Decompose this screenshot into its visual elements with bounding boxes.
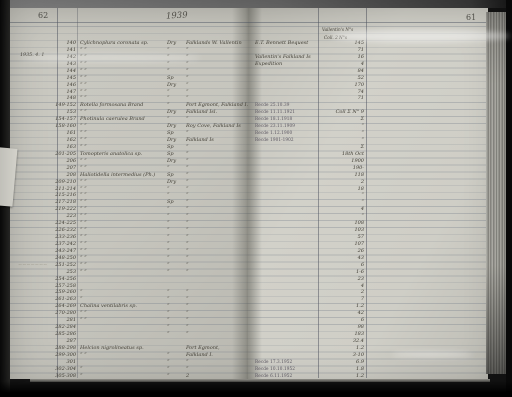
species-name: ” ” (80, 317, 166, 323)
collector-number: 1.2 (322, 373, 364, 379)
locality: ” (186, 234, 250, 240)
specimen-number: 305-308 (46, 373, 76, 379)
preparation: Sp (167, 172, 184, 178)
register-row: 161” ”Sp”Recde 1.12.1900” (0, 130, 512, 137)
acquisition-note: Recde 1901-1902 (255, 137, 317, 143)
collector-number: 1-6 (322, 269, 364, 275)
species-name: ” ” (80, 123, 166, 129)
collector-number: 108 (322, 220, 364, 226)
preparation: ” (167, 186, 184, 192)
collector-number: 74 (322, 89, 364, 95)
species-name: ” ” (80, 47, 166, 53)
specimen-number: 299-300 (46, 352, 76, 358)
collector-number: ” (322, 123, 364, 129)
collector-number: 43 (322, 255, 364, 261)
register-row: 143” ”””Expedition4 (0, 61, 512, 68)
specimen-number: 211-214 (46, 186, 76, 192)
locality: ” (186, 220, 250, 226)
collector-number: ” (322, 213, 364, 219)
specimen-number: 140 (46, 40, 76, 46)
locality: 2 (186, 373, 250, 379)
species-name: ” (80, 296, 166, 302)
preparation: ” (167, 227, 184, 233)
acquisition-note: E.T. Bennett Bequest (255, 40, 317, 46)
acquisition-note: Expedition (255, 61, 317, 67)
preparation: ” (167, 234, 184, 240)
collector-number: 1.2 (322, 345, 364, 351)
species-name: ” ” (80, 227, 166, 233)
specimen-number: 243-247 (46, 248, 76, 254)
species-name: Photinula caerulea Brand (80, 116, 166, 122)
register-row: 154-157Photinula caerulea Brand””Recde 1… (0, 116, 512, 123)
collector-number: 1.2 (322, 303, 364, 309)
species-name: ” ” (80, 248, 166, 254)
specimen-number: 302-304 (46, 366, 76, 372)
specimen-number: 251-252 (46, 262, 76, 268)
collector-number: 98 (322, 324, 364, 330)
specimen-number: 254-256 (46, 276, 76, 282)
preparation: Dry (167, 40, 184, 46)
locality: ” (186, 303, 250, 309)
locality: ” (186, 331, 250, 337)
locality: ” (186, 255, 250, 261)
preparation: ” (167, 248, 184, 254)
collector-number: 42 (322, 310, 364, 316)
preparation: Dry (167, 123, 184, 129)
specimen-number: 148 (46, 95, 76, 101)
locality: ” (186, 289, 250, 295)
species-name: ” ” (80, 352, 166, 358)
preparation: ” (167, 220, 184, 226)
specimen-number: 253 (46, 269, 76, 275)
species-name: ” (80, 289, 166, 295)
locality: ” (186, 61, 250, 67)
locality: Roy Cove, Falkland Is (186, 123, 250, 129)
species-name: Rotella formosana Brand (80, 102, 166, 108)
specimen-number: 206 (46, 158, 76, 164)
specimen-number: 146 (46, 82, 76, 88)
collector-number: 18 (322, 186, 364, 192)
locality: ” (186, 248, 250, 254)
preparation: ” (167, 116, 184, 122)
locality: ” (186, 95, 250, 101)
register-row: 206” ”Dry”1900 (0, 158, 512, 165)
collector-number: 2 (322, 179, 364, 185)
locality: ” (186, 144, 250, 150)
preparation: ” (167, 95, 184, 101)
preparation: Dry (167, 82, 184, 88)
locality: Falkland I. (186, 352, 250, 358)
collector-number: 183 (322, 331, 364, 337)
species-name: ” ” (80, 82, 166, 88)
species-name: ” ” (80, 165, 166, 171)
collector-number: 6 (322, 317, 364, 323)
register-row: 251-252” ”””6 (0, 262, 512, 269)
acquisition-note: Recde 6.11.1952 (255, 373, 317, 379)
species-name: ” ” (80, 213, 166, 219)
acquisition-note: Recde 11.11.1921 (255, 109, 317, 115)
register-rows: 140Cylichnoplura coronata sp.DryFalkland… (0, 0, 512, 397)
specimen-number: 282-284 (46, 324, 76, 330)
register-row: 217-218” ”Sp”” (0, 199, 512, 206)
specimen-number: 147 (46, 89, 76, 95)
specimen-number: 208 (46, 172, 76, 178)
species-name: Cylichnoplura coronata sp. (80, 40, 166, 46)
collector-number: 4 (322, 206, 364, 212)
collector-number: ” (322, 137, 364, 143)
species-name: Tomopteris anatolica sp. (80, 151, 166, 157)
collector-number: ” (322, 199, 364, 205)
locality: Falkland Isl. (186, 109, 250, 115)
locality: ” (186, 116, 250, 122)
collector-number: 103 (322, 227, 364, 233)
locality: ” (186, 192, 250, 198)
collector-number: 7 (322, 296, 364, 302)
specimen-number: 145 (46, 75, 76, 81)
species-name: ” ” (80, 255, 166, 261)
register-row: 147” ”””74 (0, 89, 512, 96)
species-name: ” ” (80, 179, 166, 185)
species-name: ” ” (80, 109, 166, 115)
species-name: ” ” (80, 68, 166, 74)
register-row: 301””Recde 17.3.19526.9 (0, 359, 512, 366)
acquisition-note: Recde 25.10.39 (255, 102, 317, 108)
species-name: ” ” (80, 61, 166, 67)
collector-number: 16 (322, 54, 364, 60)
specimen-number: 162 (46, 137, 76, 143)
locality: ” (186, 310, 250, 316)
species-name: ” ” (80, 234, 166, 240)
locality: Port Egmont, Falkland I. (186, 102, 250, 108)
locality: ” (186, 158, 250, 164)
preparation: ” (167, 310, 184, 316)
preparation: ” (167, 241, 184, 247)
collector-number: Σ (322, 116, 364, 122)
specimen-number: 259-260 (46, 289, 76, 295)
locality: ” (186, 47, 250, 53)
locality: ” (186, 262, 250, 268)
specimen-number: 163 (46, 144, 76, 150)
preparation: ” (167, 165, 184, 171)
collector-number: 2 (322, 289, 364, 295)
locality: ” (186, 151, 250, 157)
preparation: ” (167, 89, 184, 95)
specimen-number: 257-258 (46, 283, 76, 289)
preparation: Sp (167, 75, 184, 81)
preparation: ” (167, 102, 184, 108)
collector-number: 18th Oct (322, 151, 364, 157)
preparation: ” (167, 269, 184, 275)
species-name: ” ” (80, 241, 166, 247)
species-name: ” ” (80, 186, 166, 192)
specimen-number: 233-236 (46, 234, 76, 240)
locality: ” (186, 54, 250, 60)
register-row: 211-214” ”””18 (0, 186, 512, 193)
preparation: ” (167, 192, 184, 198)
locality: ” (186, 172, 250, 178)
collector-number: 23 (322, 276, 364, 282)
locality: ” (186, 213, 250, 219)
acquisition-note: Recde 23.11.1909 (255, 123, 317, 129)
collector-number: 1.8 (322, 366, 364, 372)
collector-number: 145 (322, 40, 364, 46)
acquisition-note: Recde 1.12.1900 (255, 130, 317, 136)
locality: ” (186, 317, 250, 323)
species-name: ” ” (80, 54, 166, 60)
preparation: Sp (167, 144, 184, 150)
species-name: ” ” (80, 262, 166, 268)
collector-number: 4 (322, 283, 364, 289)
locality: ” (186, 68, 250, 74)
specimen-number: 248-250 (46, 255, 76, 261)
collector-number: 71 (322, 95, 364, 101)
collector-number: 71 (322, 47, 364, 53)
specimen-number: 144 (46, 68, 76, 74)
species-name: ” ” (80, 310, 166, 316)
preparation: ” (167, 255, 184, 261)
preparation: Dry (167, 109, 184, 115)
register-photo: 62 61 1939 1935. 4. 1 Vallentin's N°s Co… (0, 0, 512, 397)
specimen-number: 288-298 (46, 345, 76, 351)
species-name: ” ” (80, 206, 166, 212)
locality: Port Egmont, (186, 345, 250, 351)
register-row: 305-308””2Recde 6.11.19521.2 (0, 373, 512, 380)
locality: ” (186, 75, 250, 81)
species-name: ” ” (80, 199, 166, 205)
locality: ” (186, 296, 250, 302)
preparation: ” (167, 317, 184, 323)
locality: Falklands W. Vallentin (186, 40, 250, 46)
acquisition-note: Recde 18.1.1918 (255, 116, 317, 122)
species-name: ” (80, 366, 166, 372)
preparation: ” (167, 352, 184, 358)
specimen-number: 158-160 (46, 123, 76, 129)
collector-number: 26 (322, 248, 364, 254)
register-row: 163” ”Sp”Σ (0, 144, 512, 151)
locality: ” (186, 89, 250, 95)
specimen-number: 219-222 (46, 206, 76, 212)
preparation: ” (167, 206, 184, 212)
collector-number: 190- (322, 165, 364, 171)
preparation: ” (167, 54, 184, 60)
specimen-number: 301 (46, 359, 76, 365)
preparation: ” (167, 289, 184, 295)
collector-number: 118 (322, 172, 364, 178)
specimen-number: 142 (46, 54, 76, 60)
register-row: 141” ”””71 (0, 47, 512, 54)
acquisition-note: Recde 10.10.1952 (255, 366, 317, 372)
species-name: Chalina ventilabris sp. (80, 303, 166, 309)
specimen-number: 149-152 (46, 102, 76, 108)
specimen-number: 143 (46, 61, 76, 67)
specimen-number: 154-157 (46, 116, 76, 122)
specimen-number: 281 (46, 317, 76, 323)
species-name: ” ” (80, 192, 166, 198)
locality: ” (186, 179, 250, 185)
species-name: ” (80, 373, 166, 379)
locality: ” (186, 227, 250, 233)
preparation: ” (167, 303, 184, 309)
preparation: ” (167, 373, 184, 379)
collector-number: 3-10 (322, 352, 364, 358)
species-name: ” ” (80, 269, 166, 275)
collector-number: ” (322, 192, 364, 198)
specimen-number: 209-210 (46, 179, 76, 185)
collector-number: ” (322, 130, 364, 136)
locality: ” (186, 199, 250, 205)
specimen-number: 270-280 (46, 310, 76, 316)
locality: ” (186, 366, 250, 372)
collector-number: 52 (322, 75, 364, 81)
preparation: Sp (167, 199, 184, 205)
species-name: ” ” (80, 130, 166, 136)
preparation: ” (167, 61, 184, 67)
collector-number: 107 (322, 241, 364, 247)
register-row: 243-247” ”””26 (0, 248, 512, 255)
specimen-number: 223 (46, 213, 76, 219)
preparation: ” (167, 213, 184, 219)
specimen-number: 264-269 (46, 303, 76, 309)
specimen-number: 237-242 (46, 241, 76, 247)
locality: ” (186, 359, 250, 365)
locality: ” (186, 324, 250, 330)
collector-number: 170 (322, 82, 364, 88)
preparation: Dry (167, 137, 184, 143)
collector-number: 1900 (322, 158, 364, 164)
register-row: 224-225” ”””108 (0, 220, 512, 227)
preparation: Sp (167, 151, 184, 157)
preparation: ” (167, 324, 184, 330)
collector-number: Σ (322, 144, 364, 150)
register-row: 219-222” ”””4 (0, 206, 512, 213)
collector-number: 6.9 (322, 359, 364, 365)
register-row: 264-269Chalina ventilabris sp.””1.2 (0, 303, 512, 310)
register-row: 254-25623 (0, 276, 512, 283)
preparation: Dry (167, 158, 184, 164)
register-row: 285-286””183 (0, 331, 512, 338)
collector-number: 32.4 (322, 338, 364, 344)
species-name: Haliotidella intermedius (Ph.) (80, 172, 166, 178)
register-row: 145” ”Sp”52 (0, 75, 512, 82)
specimen-number: 226-232 (46, 227, 76, 233)
specimen-number: 217-218 (46, 199, 76, 205)
register-row: 208Haliotidella intermedius (Ph.)Sp”118 (0, 172, 512, 179)
collector-number: 4 (322, 61, 364, 67)
register-row: 288-298Helcion nigrolineatus sp.Port Egm… (0, 345, 512, 352)
species-name: ” ” (80, 75, 166, 81)
specimen-number: 285-286 (46, 331, 76, 337)
species-name: ” ” (80, 95, 166, 101)
specimen-number: 153 (46, 109, 76, 115)
locality: ” (186, 130, 250, 136)
specimen-number: 261-263 (46, 296, 76, 302)
register-row: 281” ”””6 (0, 317, 512, 324)
locality: ” (186, 82, 250, 88)
specimen-number: 161 (46, 130, 76, 136)
species-name: ” ” (80, 137, 166, 143)
specimen-number: 215-216 (46, 192, 76, 198)
specimen-number: 141 (46, 47, 76, 53)
preparation: ” (167, 262, 184, 268)
specimen-number: 207 (46, 165, 76, 171)
collector-number: 57 (322, 234, 364, 240)
register-row: 233-236” ”””57 (0, 234, 512, 241)
specimen-number: 287 (46, 338, 76, 344)
register-row: 259-260”””2 (0, 289, 512, 296)
species-name: ” ” (80, 144, 166, 150)
preparation: Sp (167, 130, 184, 136)
preparation: ” (167, 359, 184, 365)
collector-number: 84 (322, 68, 364, 74)
species-name: ” ” (80, 158, 166, 164)
locality: ” (186, 165, 250, 171)
preparation: ” (167, 366, 184, 372)
locality: ” (186, 241, 250, 247)
specimen-number: 224-225 (46, 220, 76, 226)
preparation: ” (167, 68, 184, 74)
acquisition-note: Vallentin's Falkland Is (255, 54, 317, 60)
species-name: Helcion nigrolineatus sp. (80, 345, 166, 351)
collector-number: 6 (322, 262, 364, 268)
locality: ” (186, 206, 250, 212)
collector-number: Coll Σ N° 9 (322, 109, 364, 115)
preparation: ” (167, 47, 184, 53)
species-name: ” ” (80, 220, 166, 226)
preparation: Dry (167, 179, 184, 185)
specimen-number: 201-205 (46, 151, 76, 157)
locality: ” (186, 186, 250, 192)
locality: Falkland Is (186, 137, 250, 143)
register-row: 149-152Rotella formosana Brand”Port Egmo… (0, 102, 512, 109)
locality: ” (186, 269, 250, 275)
species-name: ” ” (80, 89, 166, 95)
preparation: ” (167, 296, 184, 302)
acquisition-note: Recde 17.3.1952 (255, 359, 317, 365)
preparation: ” (167, 331, 184, 337)
